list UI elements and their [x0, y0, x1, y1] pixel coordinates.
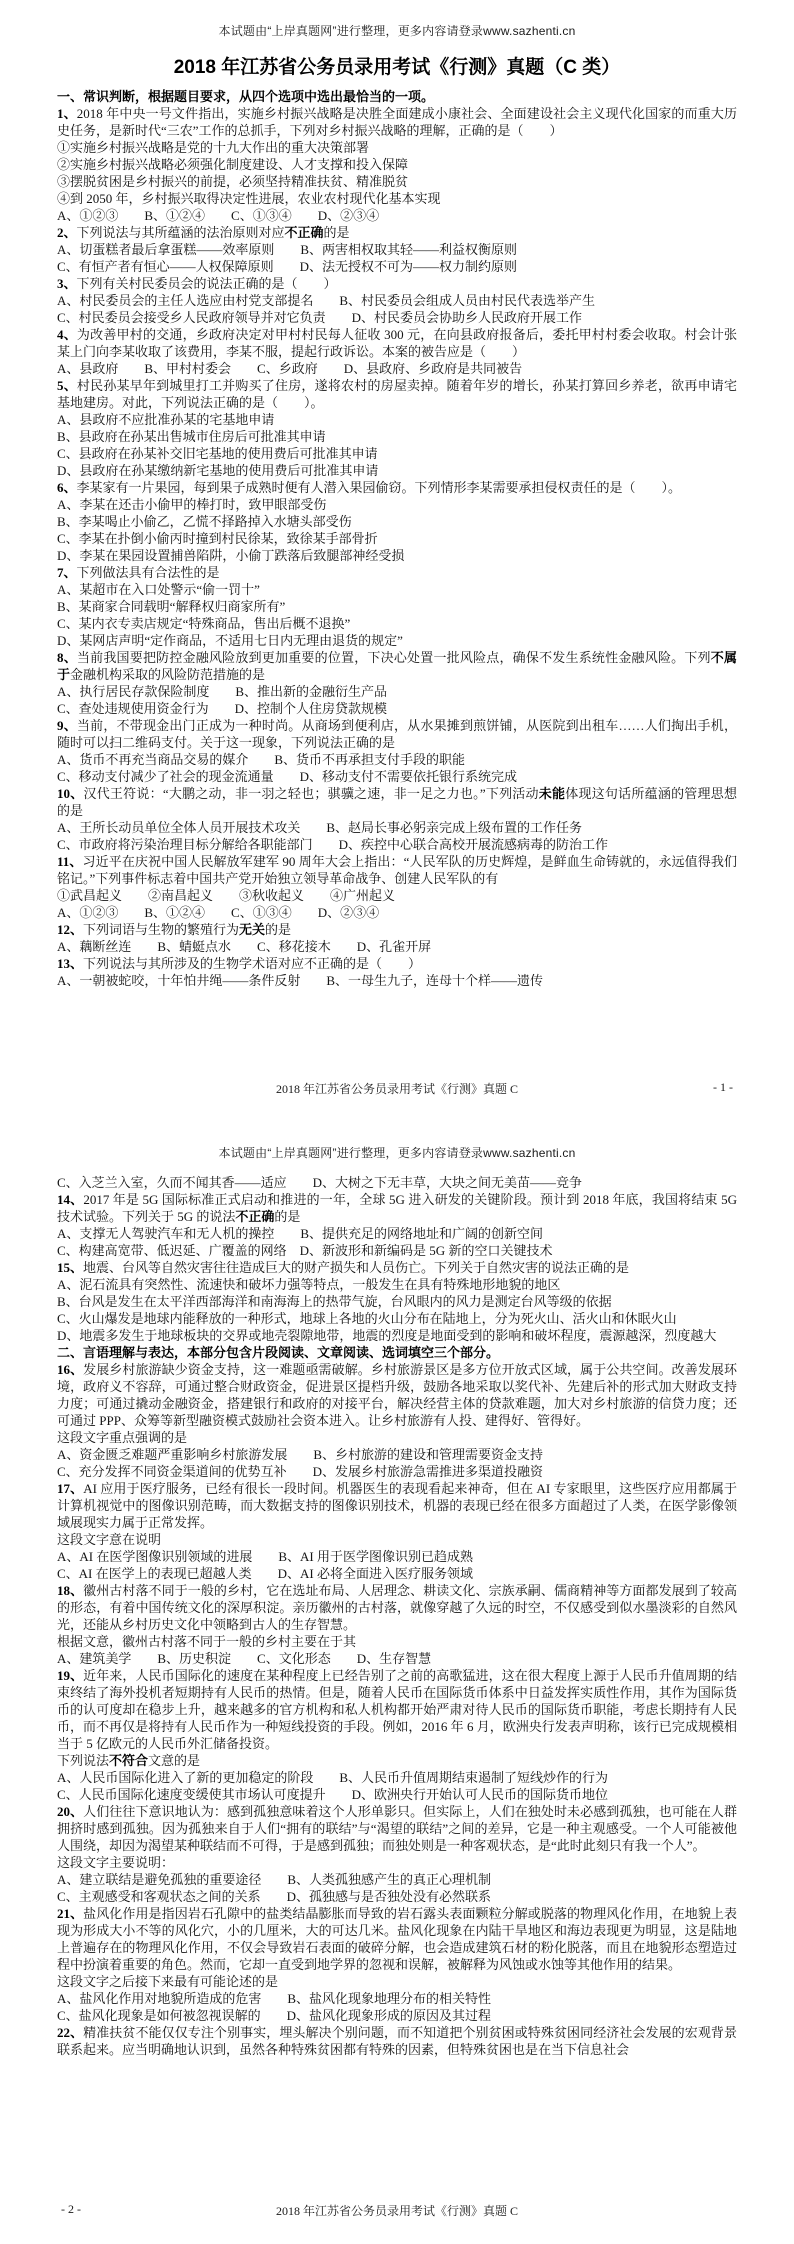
statement-line: ③摆脱贫困是乡村振兴的前提，必须坚持精准扶贫、精准脱贫 [57, 173, 737, 190]
option-line: A、某超市在入口处警示“偷一罚十” [57, 581, 737, 598]
site-notice: 本试题由“上岸真题网”进行整理，更多内容请登录www.sazhenti.cn [0, 1122, 794, 1161]
option-line: C、构建高宽带、低迟延、广覆盖的网络 D、新波形和新编码是 5G 新的空口关键技… [57, 1242, 737, 1259]
option-line: C、某内衣专卖店规定“特殊商品，售出后概不退换” [57, 615, 737, 632]
question-stem-15: 15、地震、台风等自然灾害往往造成巨大的财产损失和人员伤亡。下列关于自然灾害的说… [57, 1259, 737, 1276]
option-line: C、AI 在医学上的表现已超越人类 D、AI 必将全面进入医疗服务领域 [57, 1565, 737, 1582]
question-stem-1: 1、2018 年中央一号文件指出，实施乡村振兴战略是决胜全面建成小康社会、全面建… [57, 105, 737, 139]
question-stem-21: 21、盐风化作用是指因岩石孔隙中的盐类结晶膨胀而导致的岩石露头表面颗粒分解或脱落… [57, 1905, 737, 1973]
question-stem-8: 8、当前我国要把防控金融风险放到更加重要的位置，下决心处置一批风险点，确保不发生… [57, 649, 737, 683]
statement-line: ①实施乡村振兴战略是党的十九大作出的重大决策部署 [57, 139, 737, 156]
option-line: B、县政府在孙某出售城市住房后可批准其申请 [57, 428, 737, 445]
section-heading-1: 一、常识判断，根据题目要求，从四个选项中选出最恰当的一项。 [57, 88, 737, 105]
option-line: A、资金匮乏难题严重影响乡村旅游发展 B、乡村旅游的建设和管理需要资金支持 [57, 1446, 737, 1463]
question-stem-14: 14、2017 年是 5G 国际标准正式启动和推进的一年，全球 5G 进入研发的… [57, 1191, 737, 1225]
option-line: A、李某在还击小偷甲的棒打时，致甲眼部受伤 [57, 496, 737, 513]
option-line: A、支撑无人驾驶汽车和无人机的操控 B、提供充足的网络地址和广阔的创新空间 [57, 1225, 737, 1242]
question-stem-6: 6、李某家有一片果园，每到果子成熟时便有人潜入果园偷窃。下列情形李某需要承担侵权… [57, 479, 737, 496]
question-stem-19: 19、近年来，人民币国际化的速度在某种程度上已经告别了之前的高歌猛进，这在很大程… [57, 1667, 737, 1752]
option-line: C、市政府将污染治理目标分解给各职能部门 D、疾控中心联合高校开展流感病毒的防治… [57, 836, 737, 853]
question-stem-9: 9、当前，不带现金出门正成为一种时尚。从商场到便利店，从水果摊到煎饼铺，从医院到… [57, 717, 737, 751]
option-line: C、火山爆发是地球内能释放的一种形式，地球上各地的火山分布在陆地上，分为死火山、… [57, 1310, 737, 1327]
page-number: - 1 - [713, 1080, 733, 1095]
question-stem-7: 7、下列做法具有合法性的是 [57, 564, 737, 581]
statement-line: ④到 2050 年，乡村振兴取得决定性进展，农业农村现代化基本实现 [57, 190, 737, 207]
prompt-line: 这段文字之后接下来最有可能论述的是 [57, 1973, 737, 1990]
option-line: B、台风是发生在太平洋西部海洋和南海海上的热带气旋，台风眼内的风力是测定台风等级… [57, 1293, 737, 1310]
option-line: C、李某在扑倒小偷丙时撞到村民徐某，致徐某手部骨折 [57, 530, 737, 547]
question-stem-20: 20、人们往往下意识地认为：感到孤独意味着这个人形单影只。但实际上，人们在独处时… [57, 1803, 737, 1854]
option-line: A、县政府不应批准孙某的宅基地申请 [57, 411, 737, 428]
option-line: A、切蛋糕者最后拿蛋糕——效率原则 B、两害相权取其轻——利益权衡原则 [57, 241, 737, 258]
question-stem-18: 18、徽州古村落不同于一般的乡村，它在选址布局、人居理念、耕读文化、宗族承嗣、儒… [57, 1582, 737, 1633]
exam-document: 本试题由“上岸真题网”进行整理，更多内容请登录www.sazhenti.cn 2… [0, 0, 794, 2244]
question-stem-13: 13、下列说法与其所涉及的生物学术语对应不正确的是（ ） [57, 955, 737, 972]
option-line: D、李某在果园设置捕兽陷阱，小偷丁跌落后致腿部神经受损 [57, 547, 737, 564]
option-line: A、泥石流具有突然性、流速快和破坏力强等特点，一般发生在具有特殊地形地貌的地区 [57, 1276, 737, 1293]
option-line: C、盐风化现象是如何被忽视误解的 D、盐风化现象形成的原因及其过程 [57, 2007, 737, 2024]
option-line: A、建立联结是避免孤独的重要途径 B、人类孤独感产生的真正心理机制 [57, 1871, 737, 1888]
prompt-line: 下列说法不符合文意的是 [57, 1752, 737, 1769]
option-line: C、村民委员会接受乡人民政府领导并对它负责 D、村民委员会协助乡人民政府开展工作 [57, 309, 737, 326]
option-line: A、村民委员会的主任人选应由村党支部提名 B、村民委员会组成人员由村民代表选举产… [57, 292, 737, 309]
option-line: A、藕断丝连 B、蜻蜓点水 C、移花接木 D、孔雀开屏 [57, 938, 737, 955]
question-stem-5: 5、村民孙某早年到城里打工并购买了住房，遂将农村的房屋卖掉。随着年岁的增长，孙某… [57, 377, 737, 411]
statement-line: ②实施乡村振兴战略必须强化制度建设、人才支撑和投入保障 [57, 156, 737, 173]
option-line: D、地震多发生于地球板块的交界或地壳裂隙地带，地震的烈度是地面受到的影响和破坏程… [57, 1327, 737, 1344]
question-stem-22: 22、精准扶贫不能仅仅专注个别事实，埋头解决个别问题，而不知道把个别贫困或特殊贫… [57, 2024, 737, 2058]
option-line: C、人民币国际化速度变缓使其市场认可度提升 D、欧洲央行开始认可人民币的国际货币… [57, 1786, 737, 1803]
question-stem-17: 17、AI 应用于医疗服务，已经有很长一段时间。机器医生的表现看起来神奇，但在 … [57, 1480, 737, 1531]
question-stem-4: 4、为改善甲村的交通，乡政府决定对甲村村民每人征收 300 元，在向县政府报备后… [57, 326, 737, 360]
question-stem-16: 16、发展乡村旅游缺少资金支持，这一难题亟需破解。乡村旅游景区是多方位开放式区域… [57, 1361, 737, 1429]
option-line: A、①②③ B、①②④ C、①③④ D、②③④ [57, 207, 737, 224]
option-line: A、AI 在医学图像识别领域的进展 B、AI 用于医学图像识别已趋成熟 [57, 1548, 737, 1565]
page-1: 本试题由“上岸真题网”进行整理，更多内容请登录www.sazhenti.cn 2… [0, 0, 794, 1122]
option-line: A、王所长动员单位全体人员开展技术攻关 B、赵局长事必躬亲完成上级布置的工作任务 [57, 819, 737, 836]
page-2-content: C、入芝兰入室，久而不闻其香——适应 D、大树之下无丰草，大块之间无美苗——竞争… [57, 1174, 737, 2058]
option-line: C、移动支付减少了社会的现金流通量 D、移动支付不需要依托银行系统完成 [57, 768, 737, 785]
option-line: C、入芝兰入室，久而不闻其香——适应 D、大树之下无丰草，大块之间无美苗——竞争 [57, 1174, 737, 1191]
page-1-footer: 2018 年江苏省公务员录用考试《行测》真题 C - 1 - [57, 1080, 737, 1096]
question-stem-2: 2、下列说法与其所蕴涵的法治原则对应不正确的是 [57, 224, 737, 241]
option-line: A、县政府 B、甲村村委会 C、乡政府 D、县政府、乡政府是共同被告 [57, 360, 737, 377]
question-stem-12: 12、下列词语与生物的繁殖行为无关的是 [57, 921, 737, 938]
option-line: A、货币不再充当商品交易的媒介 B、货币不再承担支付手段的职能 [57, 751, 737, 768]
option-line: D、县政府在孙某缴纳新宅基地的使用费后可批准其申请 [57, 462, 737, 479]
section-heading-2: 二、言语理解与表达，本部分包含片段阅读、文章阅读、选词填空三个部分。 [57, 1344, 737, 1361]
question-stem-11: 11、习近平在庆祝中国人民解放军建军 90 周年大会上指出：“人民军队的历史辉煌… [57, 853, 737, 887]
option-line: A、人民币国际化进入了新的更加稳定的阶段 B、人民币升值周期结束遏制了短线炒作的… [57, 1769, 737, 1786]
question-stem-10: 10、汉代王符说：“大鹏之动，非一羽之轻也；骐骥之速，非一足之力也。”下列活动未… [57, 785, 737, 819]
prompt-line: 这段文字重点强调的是 [57, 1429, 737, 1446]
option-line: C、查处违规使用资金行为 D、控制个人住房贷款规模 [57, 700, 737, 717]
prompt-line: 这段文字意在说明 [57, 1531, 737, 1548]
prompt-line: 这段文字主要说明： [57, 1854, 737, 1871]
statement-line: ①武昌起义 ②南昌起义 ③秋收起义 ④广州起义 [57, 887, 737, 904]
option-line: A、盐风化作用对地貌所造成的危害 B、盐风化现象地理分布的相关特性 [57, 1990, 737, 2007]
page-2: 本试题由“上岸真题网”进行整理，更多内容请登录www.sazhenti.cn C… [0, 1122, 794, 2244]
footer-title: 2018 年江苏省公务员录用考试《行测》真题 C [57, 1080, 737, 1097]
option-line: A、执行居民存款保险制度 B、推出新的金融衍生产品 [57, 683, 737, 700]
option-line: C、主观感受和客观状态之间的关系 D、孤独感与是否独处没有必然联系 [57, 1888, 737, 1905]
option-line: A、一朝被蛇咬，十年怕井绳——条件反射 B、一母生九子，连母十个样——遗传 [57, 972, 737, 989]
option-line: B、某商家合同载明“解释权归商家所有” [57, 598, 737, 615]
option-line: B、李某喝止小偷乙，乙慌不择路掉入水塘头部受伤 [57, 513, 737, 530]
site-notice: 本试题由“上岸真题网”进行整理，更多内容请登录www.sazhenti.cn [0, 0, 794, 39]
question-stem-3: 3、下列有关村民委员会的说法正确的是（ ） [57, 275, 737, 292]
prompt-line: 根据文意，徽州古村落不同于一般的乡村主要在于其 [57, 1633, 737, 1650]
footer-title: 2018 年江苏省公务员录用考试《行测》真题 C [57, 2202, 737, 2219]
page-title: 2018 年江苏省公务员录用考试《行测》真题（C 类） [0, 52, 794, 79]
option-line: A、建筑美学 B、历史积淀 C、文化形态 D、生存智慧 [57, 1650, 737, 1667]
option-line: D、某网店声明“定作商品，不适用七日内无理由退货的规定” [57, 632, 737, 649]
option-line: C、县政府在孙某补交旧宅基地的使用费后可批准其申请 [57, 445, 737, 462]
option-line: C、有恒产者有恒心——人权保障原则 D、法无授权不可为——权力制约原则 [57, 258, 737, 275]
page-1-content: 一、常识判断，根据题目要求，从四个选项中选出最恰当的一项。1、2018 年中央一… [57, 88, 737, 989]
option-line: A、①②③ B、①②④ C、①③④ D、②③④ [57, 904, 737, 921]
page-2-footer: - 2 - 2018 年江苏省公务员录用考试《行测》真题 C [57, 2202, 737, 2218]
option-line: C、充分发挥不同资金渠道间的优势互补 D、发展乡村旅游急需推进多渠道投融资 [57, 1463, 737, 1480]
